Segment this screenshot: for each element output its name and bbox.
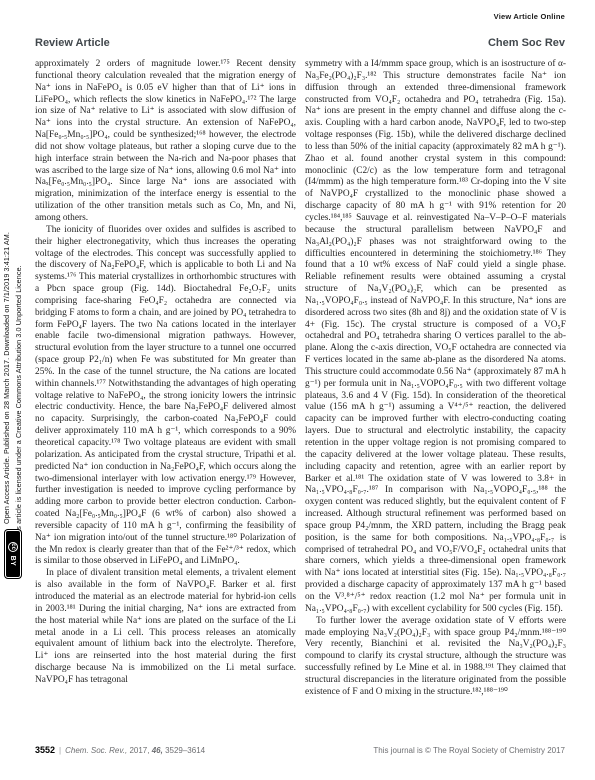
journal-page: View Article Online Review Article Chem … <box>0 0 595 780</box>
citation-year: 2017, <box>129 746 149 755</box>
cc-by-badge[interactable]: cc BY <box>3 528 23 580</box>
journal-name-heading: Chem Soc Rev <box>488 37 565 49</box>
view-article-online-link[interactable]: View Article Online <box>494 12 565 21</box>
citation: 3552|Chem. Soc. Rev., 2017, 46, 3529–361… <box>35 745 205 755</box>
cc-by-label: BY <box>10 556 17 567</box>
right-column: symmetry with a I4/mmm space group, whic… <box>305 59 566 699</box>
article-type-heading: Review Article <box>35 37 110 49</box>
paragraph: symmetry with a I4/mmm space group, whic… <box>305 59 566 616</box>
paragraph: To further lower the average oxidation s… <box>305 616 566 699</box>
page-number: 3552 <box>35 745 55 755</box>
open-access-sidebar-line1: Open Access Article. Published on 28 Mar… <box>2 62 11 524</box>
paragraph: The ionicity of fluorides over oxides an… <box>35 225 296 568</box>
citation-journal: Chem. Soc. Rev., <box>65 746 127 755</box>
citation-pages: 3529–3614 <box>165 746 205 755</box>
paragraph: In place of divalent transition metal el… <box>35 568 296 686</box>
page-footer: 3552|Chem. Soc. Rev., 2017, 46, 3529–361… <box>35 745 565 755</box>
citation-volume: 46, <box>152 746 163 755</box>
article-body: approximately 2 orders of magnitude lowe… <box>35 59 566 699</box>
cc-icon: cc <box>8 542 18 552</box>
cc-by-badge-body: cc BY <box>5 530 21 578</box>
left-column: approximately 2 orders of magnitude lowe… <box>35 59 296 699</box>
paragraph: approximately 2 orders of magnitude lowe… <box>35 59 296 225</box>
open-access-sidebar-line2: This article is licensed under a Creativ… <box>14 62 23 540</box>
copyright-notice: This journal is © The Royal Society of C… <box>373 746 565 755</box>
citation-separator: | <box>55 746 65 755</box>
